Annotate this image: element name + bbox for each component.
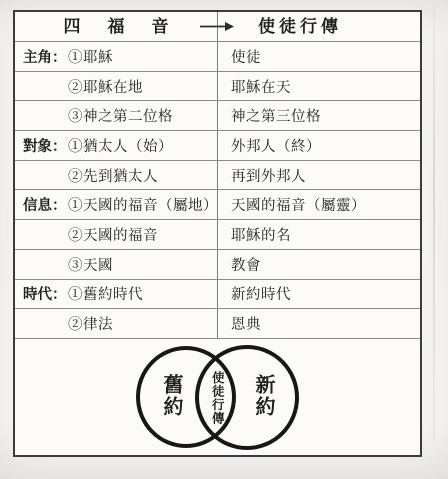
scanned-page: 四福音 使徒行傳 主角： ①耶穌 使徒 ②耶穌在地	[0, 0, 448, 479]
table-row: 信息： ①天國的福音（屬地） 天國的福音（屬靈）	[15, 190, 420, 220]
acts-cell: 新約時代	[218, 280, 420, 309]
acts-value: 再到外邦人	[231, 165, 306, 186]
row-category-label: 信息：	[23, 194, 68, 215]
acts-value: 神之第三位格	[231, 105, 321, 126]
acts-value: 使徒	[231, 46, 261, 67]
acts-cell: 神之第三位格	[218, 101, 420, 130]
table-header: 四福音 使徒行傳	[15, 12, 420, 42]
gospels-cell: ③神之第二位格	[15, 101, 218, 130]
acts-cell: 外邦人（終）	[218, 131, 420, 160]
gospels-value: ②耶穌在地	[68, 76, 143, 97]
gospels-header-cell: 四福音	[15, 12, 218, 41]
acts-title: 使徒行傳	[258, 18, 342, 35]
acts-cell: 耶穌在天	[218, 72, 420, 101]
comparison-table: 四福音 使徒行傳 主角： ①耶穌 使徒 ②耶穌在地	[13, 10, 422, 457]
acts-overlap-label: 使徒行傳	[211, 371, 224, 425]
scan-page-crease	[433, 4, 435, 442]
acts-value: 新約時代	[231, 283, 291, 304]
acts-value: 耶穌在天	[231, 76, 291, 97]
acts-value: 恩典	[231, 313, 261, 334]
table-row: ②律法 恩典	[15, 309, 420, 339]
acts-value: 教會	[231, 254, 261, 275]
gospels-value: ①天國的福音（屬地）	[68, 194, 218, 215]
acts-cell: 耶穌的名	[218, 220, 420, 249]
new-testament-label: 新約	[253, 374, 273, 418]
table-row: 時代： ①舊約時代 新約時代	[15, 280, 420, 310]
row-category-label: 對象：	[23, 135, 68, 156]
gospels-value: ②律法	[68, 313, 113, 334]
acts-value: 耶穌的名	[231, 224, 291, 245]
acts-cell: 天國的福音（屬靈）	[218, 190, 420, 219]
acts-cell: 恩典	[218, 309, 420, 338]
gospels-cell: 信息： ①天國的福音（屬地）	[15, 190, 218, 219]
gospels-value: ①舊約時代	[68, 283, 143, 304]
acts-header-cell: 使徒行傳	[218, 12, 420, 41]
acts-cell: 再到外邦人	[218, 161, 420, 190]
gospels-cell: 對象： ①猶太人（始）	[15, 131, 218, 160]
gospels-value: ③神之第二位格	[68, 105, 173, 126]
arrow-right-icon	[199, 20, 235, 32]
gospels-value: ①耶穌	[68, 46, 113, 67]
old-testament-label: 舊約	[161, 374, 181, 418]
table-row: ②天國的福音 耶穌的名	[15, 220, 420, 250]
venn-diagram: 舊約 使徒行傳 新約	[15, 339, 420, 455]
gospels-title: 四福音	[64, 18, 196, 35]
gospels-cell: 時代： ①舊約時代	[15, 280, 218, 309]
acts-value: 天國的福音（屬靈）	[231, 194, 366, 215]
acts-cell: 使徒	[218, 42, 420, 71]
gospels-cell: 主角： ①耶穌	[15, 42, 218, 71]
table-row: 主角： ①耶穌 使徒	[15, 42, 420, 72]
acts-value: 外邦人（終）	[231, 135, 321, 156]
gospels-cell: ②先到猶太人	[15, 161, 218, 190]
acts-cell: 教會	[218, 250, 420, 279]
table-row: ③天國 教會	[15, 250, 420, 280]
gospels-cell: ②律法	[15, 309, 218, 338]
gospels-cell: ③天國	[15, 250, 218, 279]
gospels-value: ③天國	[68, 254, 113, 275]
table-row: ②耶穌在地 耶穌在天	[15, 72, 420, 102]
gospels-value: ②先到猶太人	[68, 165, 158, 186]
row-category-label: 主角：	[23, 46, 68, 67]
table-row: 對象： ①猶太人（始） 外邦人（終）	[15, 131, 420, 161]
gospels-value: ②天國的福音	[68, 224, 158, 245]
table-row: ②先到猶太人 再到外邦人	[15, 161, 420, 191]
gospels-cell: ②天國的福音	[15, 220, 218, 249]
gospels-value: ①猶太人（始）	[68, 135, 173, 156]
row-category-label: 時代：	[23, 283, 68, 304]
gospels-cell: ②耶穌在地	[15, 72, 218, 101]
table-row: ③神之第二位格 神之第三位格	[15, 101, 420, 131]
